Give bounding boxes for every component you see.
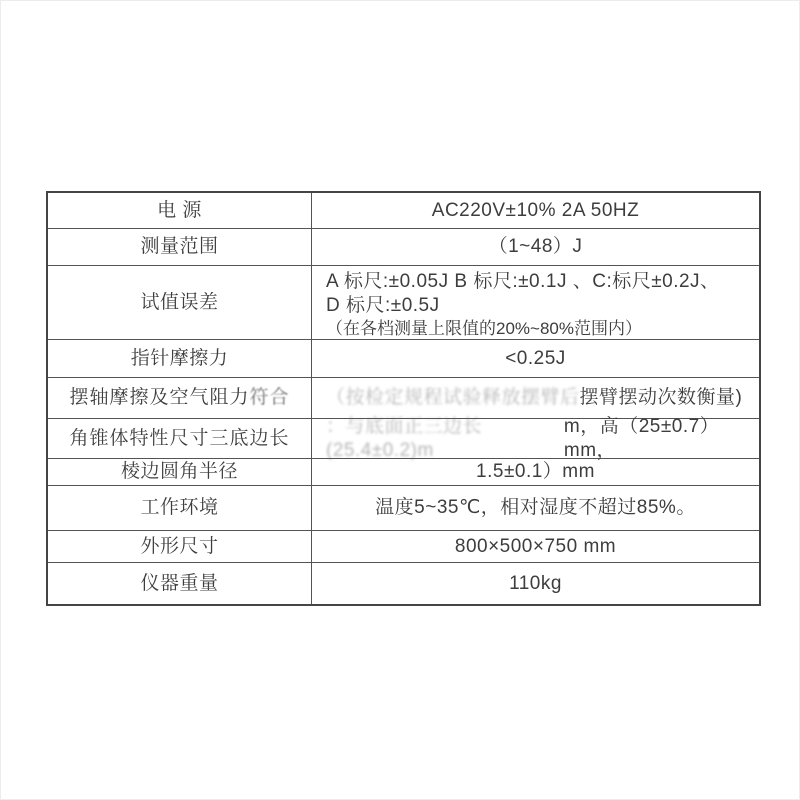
spec-label-pendulum-friction: 摆轴摩擦及空气阻力符合 bbox=[48, 378, 312, 418]
spec-row-pendulum-friction: 摆轴摩擦及空气阻力符合 （按检定规程试验释放摆臂后摆臂摆动次数衡量) bbox=[48, 378, 759, 419]
cone-value-faint: ：与底面正三边长(25.4±0.2)m bbox=[326, 415, 564, 463]
spec-value-cone-dimensions: ：与底面正三边长(25.4±0.2)mm，高（25±0.7）mm， bbox=[312, 419, 759, 458]
spec-row-power: 电 源 AC220V±10% 2A 50HZ bbox=[48, 193, 759, 229]
spec-value-edge-radius: 1.5±0.1）mm bbox=[312, 459, 759, 485]
spec-value-pointer-friction: <0.25J bbox=[312, 340, 759, 377]
spec-row-value-error: 试值误差 A 标尺:±0.05J B 标尺:±0.1J 、C:标尺±0.2J、 … bbox=[48, 266, 759, 340]
spec-row-weight: 仪器重量 110kg bbox=[48, 563, 759, 604]
pendulum-label-faint: 符合 bbox=[250, 386, 290, 410]
spec-label-weight: 仪器重量 bbox=[48, 563, 312, 604]
spec-row-dimensions: 外形尺寸 800×500×750 mm bbox=[48, 531, 759, 563]
spec-value-working-env: 温度5~35℃，相对湿度不超过85%。 bbox=[312, 486, 759, 530]
spec-row-working-env: 工作环境 温度5~35℃，相对湿度不超过85%。 bbox=[48, 486, 759, 531]
spec-label-power: 电 源 bbox=[48, 193, 312, 228]
spec-row-edge-radius: 棱边圆角半径 1.5±0.1）mm bbox=[48, 459, 759, 486]
spec-label-working-env: 工作环境 bbox=[48, 486, 312, 530]
spec-label-edge-radius: 棱边圆角半径 bbox=[48, 459, 312, 485]
spec-value-weight: 110kg bbox=[312, 563, 759, 604]
spec-label-dimensions: 外形尺寸 bbox=[48, 531, 312, 562]
spec-label-pointer-friction: 指针摩擦力 bbox=[48, 340, 312, 377]
value-error-note: （在各档测量上限值的20%~80%范围内） bbox=[326, 319, 642, 338]
product-spec-image: 电 源 AC220V±10% 2A 50HZ 测量范围 （1~48）J 试值误差… bbox=[0, 0, 800, 800]
spec-value-power: AC220V±10% 2A 50HZ bbox=[312, 193, 759, 228]
spec-value-dimensions: 800×500×750 mm bbox=[312, 531, 759, 562]
pendulum-value-clear: 摆臂摆动次数衡量) bbox=[580, 386, 743, 410]
spec-label-value-error: 试值误差 bbox=[48, 266, 312, 339]
spec-row-measure-range: 测量范围 （1~48）J bbox=[48, 229, 759, 266]
spec-value-value-error: A 标尺:±0.05J B 标尺:±0.1J 、C:标尺±0.2J、 D 标尺:… bbox=[312, 266, 759, 339]
cone-value-clear: m，高（25±0.7）mm， bbox=[564, 415, 751, 463]
pendulum-value-faint: （按检定规程试验释放摆臂后 bbox=[326, 386, 580, 410]
spec-value-pendulum-friction: （按检定规程试验释放摆臂后摆臂摆动次数衡量) bbox=[312, 378, 759, 418]
spec-label-measure-range: 测量范围 bbox=[48, 229, 312, 265]
spec-table: 电 源 AC220V±10% 2A 50HZ 测量范围 （1~48）J 试值误差… bbox=[46, 191, 761, 606]
spec-row-cone-dimensions: 角锥体特性尺寸三底边长 ：与底面正三边长(25.4±0.2)mm，高（25±0.… bbox=[48, 419, 759, 459]
value-error-line2: D 标尺:±0.5J bbox=[326, 295, 440, 316]
value-error-line1: A 标尺:±0.05J B 标尺:±0.1J 、C:标尺±0.2J、 bbox=[326, 270, 751, 294]
spec-row-pointer-friction: 指针摩擦力 <0.25J bbox=[48, 340, 759, 378]
spec-label-cone-dimensions: 角锥体特性尺寸三底边长 bbox=[48, 419, 312, 458]
spec-value-measure-range: （1~48）J bbox=[312, 229, 759, 265]
